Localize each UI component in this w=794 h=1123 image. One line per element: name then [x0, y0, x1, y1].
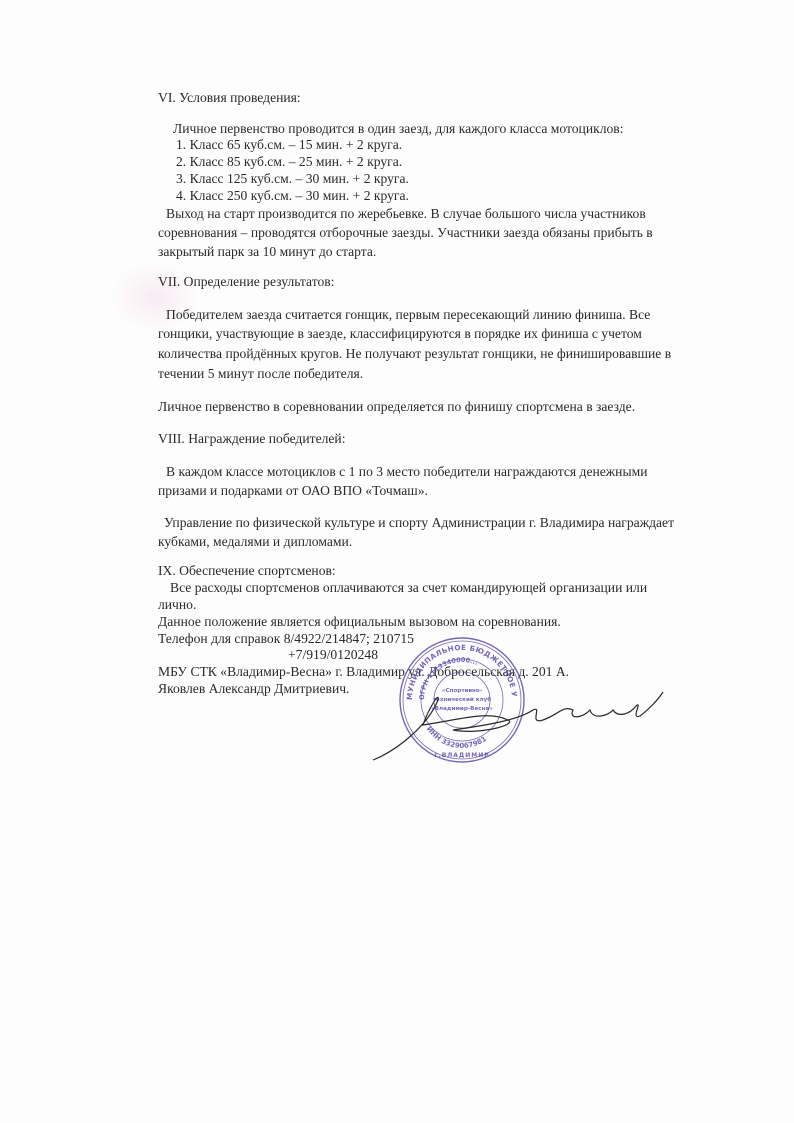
- class-item: 2. Класс 85 куб.см. – 25 мин. + 2 круга.: [176, 154, 402, 170]
- class-item: 3. Класс 125 куб.см. – 30 мин. + 2 круга…: [176, 171, 409, 187]
- paragraph-line: Победителем заезда считается гонщик, пер…: [166, 307, 650, 323]
- class-item: 4. Класс 250 куб.см. – 30 мин. + 2 круга…: [176, 188, 409, 204]
- paragraph-line: лично.: [158, 597, 196, 613]
- phone-mobile: +7/919/0120248: [288, 647, 378, 663]
- paragraph-line: закрытый парк за 10 минут до старта.: [158, 244, 376, 260]
- paragraph-line: Выход на старт производится по жеребьевк…: [166, 206, 646, 222]
- class-item: 1. Класс 65 куб.см. – 15 мин. + 2 круга.: [176, 137, 402, 153]
- section-6-intro: Личное первенство проводится в один заез…: [173, 121, 623, 137]
- paragraph-line: течении 5 минут после победителя.: [158, 366, 363, 382]
- paragraph-line: соревнования – проводятся отборочные зае…: [158, 225, 653, 241]
- paragraph-line: кубками, медалями и дипломами.: [158, 534, 352, 550]
- paragraph-line: Данное положение является официальным вы…: [158, 614, 561, 630]
- paragraph-line: количества пройдённых кругов. Не получаю…: [158, 346, 671, 362]
- paragraph-line: гонщики, участвующие в заезде, классифиц…: [158, 326, 642, 342]
- signature-icon: [368, 680, 668, 770]
- paragraph-line: Управление по физической культуре и спор…: [164, 515, 674, 531]
- paragraph-line: В каждом классе мотоциклов с 1 по 3 мест…: [166, 464, 647, 480]
- contact-name: Яковлев Александр Дмитриевич.: [158, 681, 349, 697]
- phone-line: Телефон для справок 8/4922/214847; 21071…: [158, 631, 414, 647]
- section-6-heading: VI. Условия проведения:: [158, 90, 301, 106]
- paragraph-line: призами и подарками от ОАО ВПО «Точмаш».: [158, 483, 428, 499]
- section-9-heading: IX. Обеспечение спортсменов:: [158, 563, 336, 579]
- section-8-heading: VIII. Награждение победителей:: [158, 431, 345, 447]
- section-7-heading: VII. Определение результатов:: [158, 274, 334, 290]
- paragraph-line: Личное первенство в соревновании определ…: [158, 399, 635, 415]
- paragraph-line: Все расходы спортсменов оплачиваются за …: [170, 580, 647, 596]
